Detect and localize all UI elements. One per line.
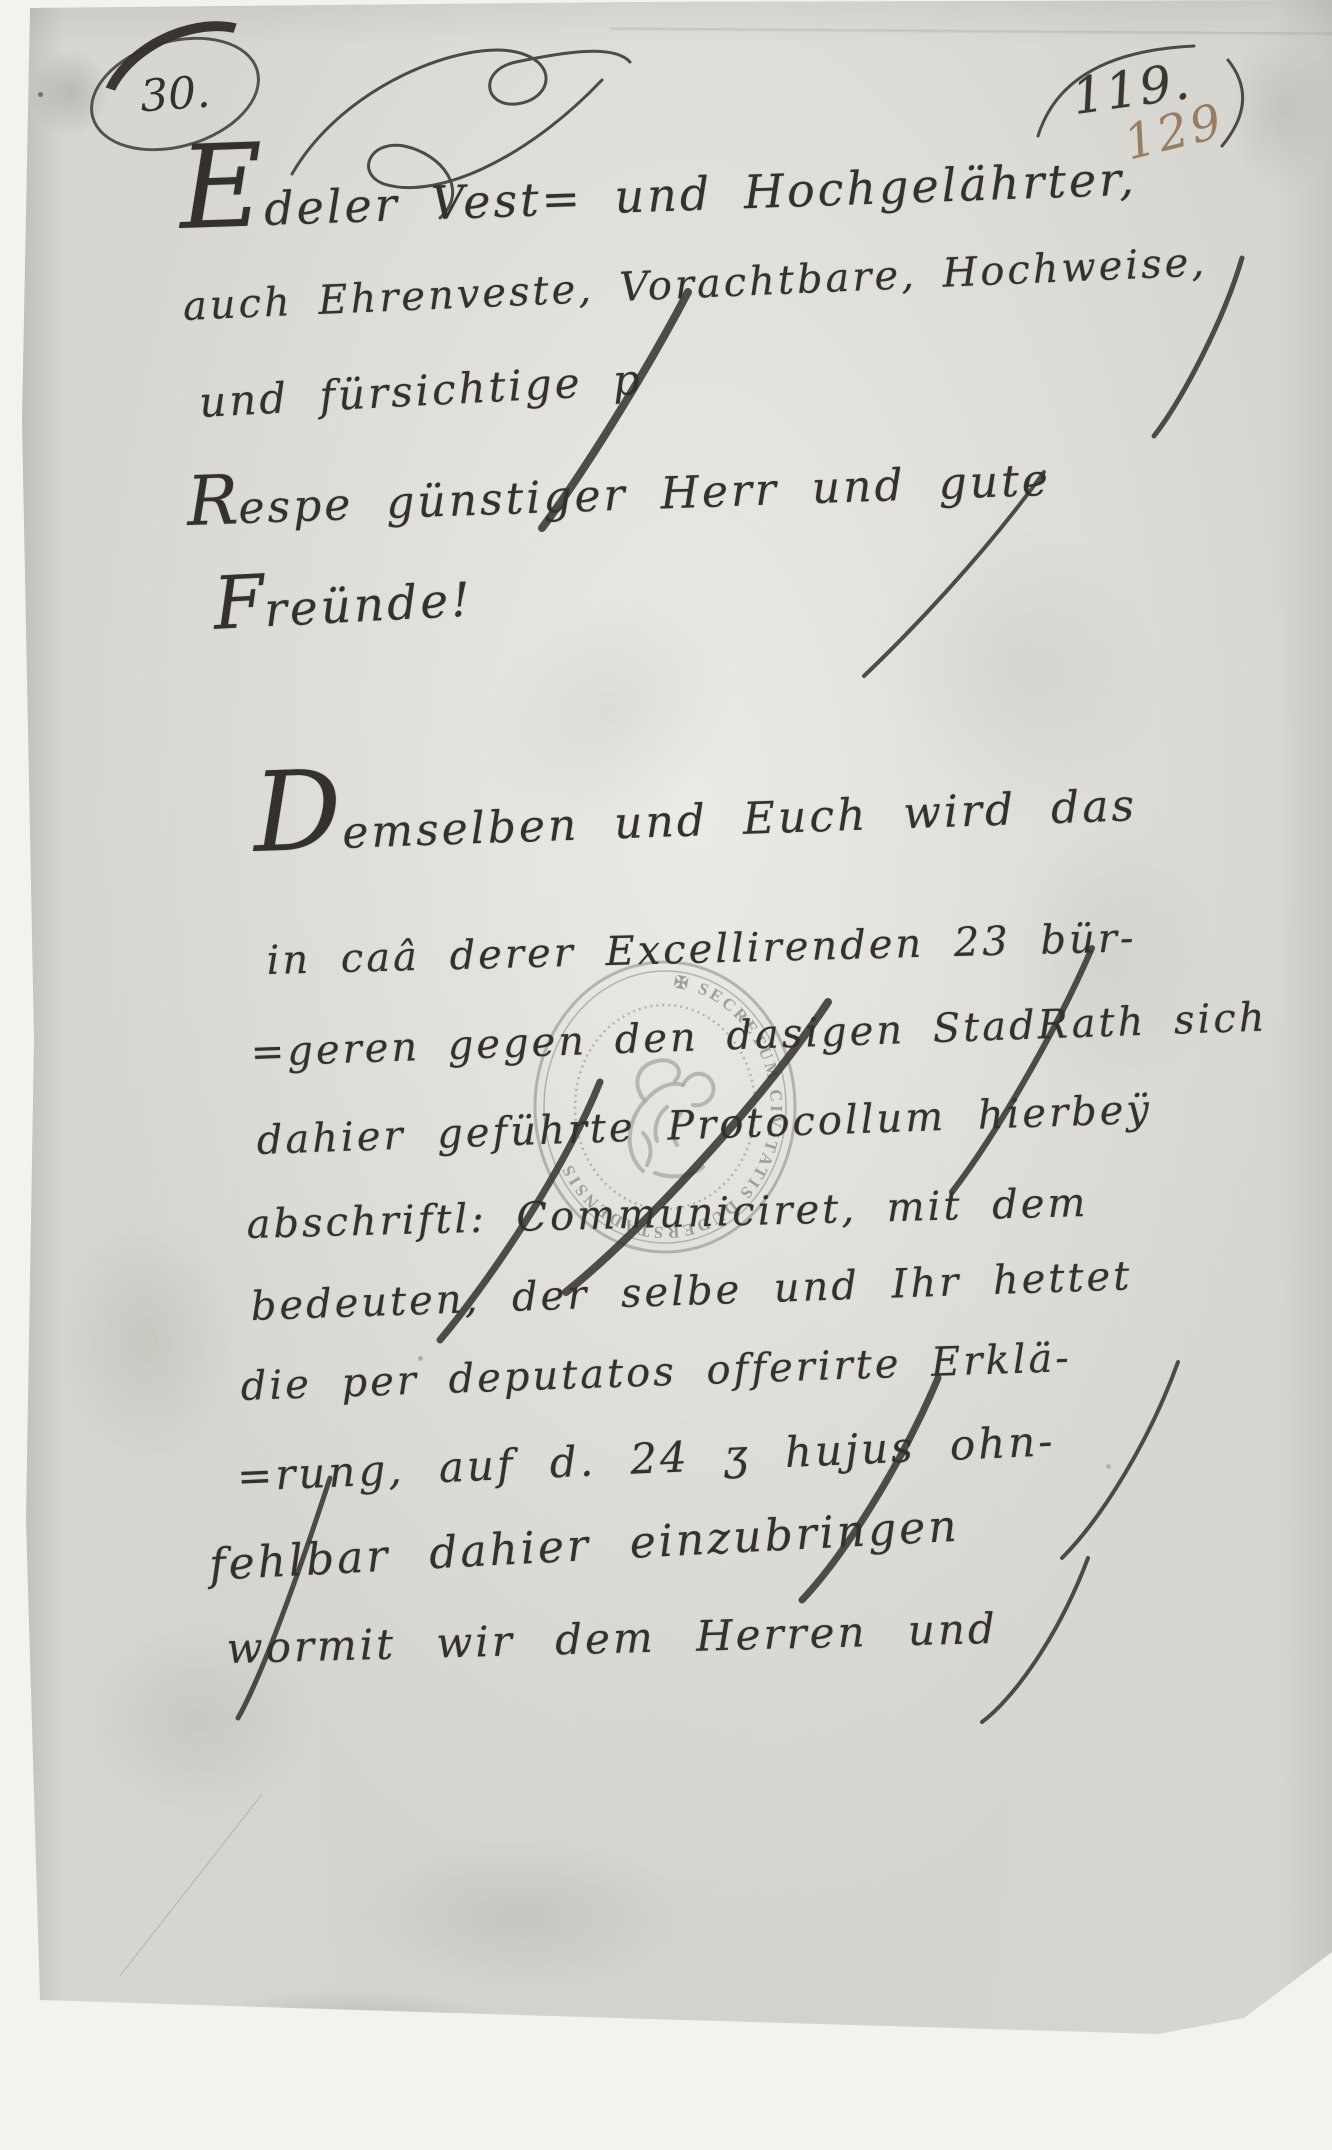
ink-stroke: [1062, 1362, 1178, 1558]
ink-stroke: [238, 1478, 330, 1718]
doc-number: 30.: [138, 66, 211, 122]
salutation-line-5: Freünde!: [212, 562, 474, 640]
ink-speck: [12, 14, 18, 20]
paper-sheet: ✠ SECRETUM CIVITATIS DUDERSTADENSIS: [0, 0, 1332, 2150]
manuscript-page-scan: ✠ SECRETUM CIVITATIS DUDERSTADENSIS: [0, 0, 1332, 2150]
ink-stroke: [802, 1378, 938, 1600]
ink-stroke: [952, 948, 1092, 1192]
